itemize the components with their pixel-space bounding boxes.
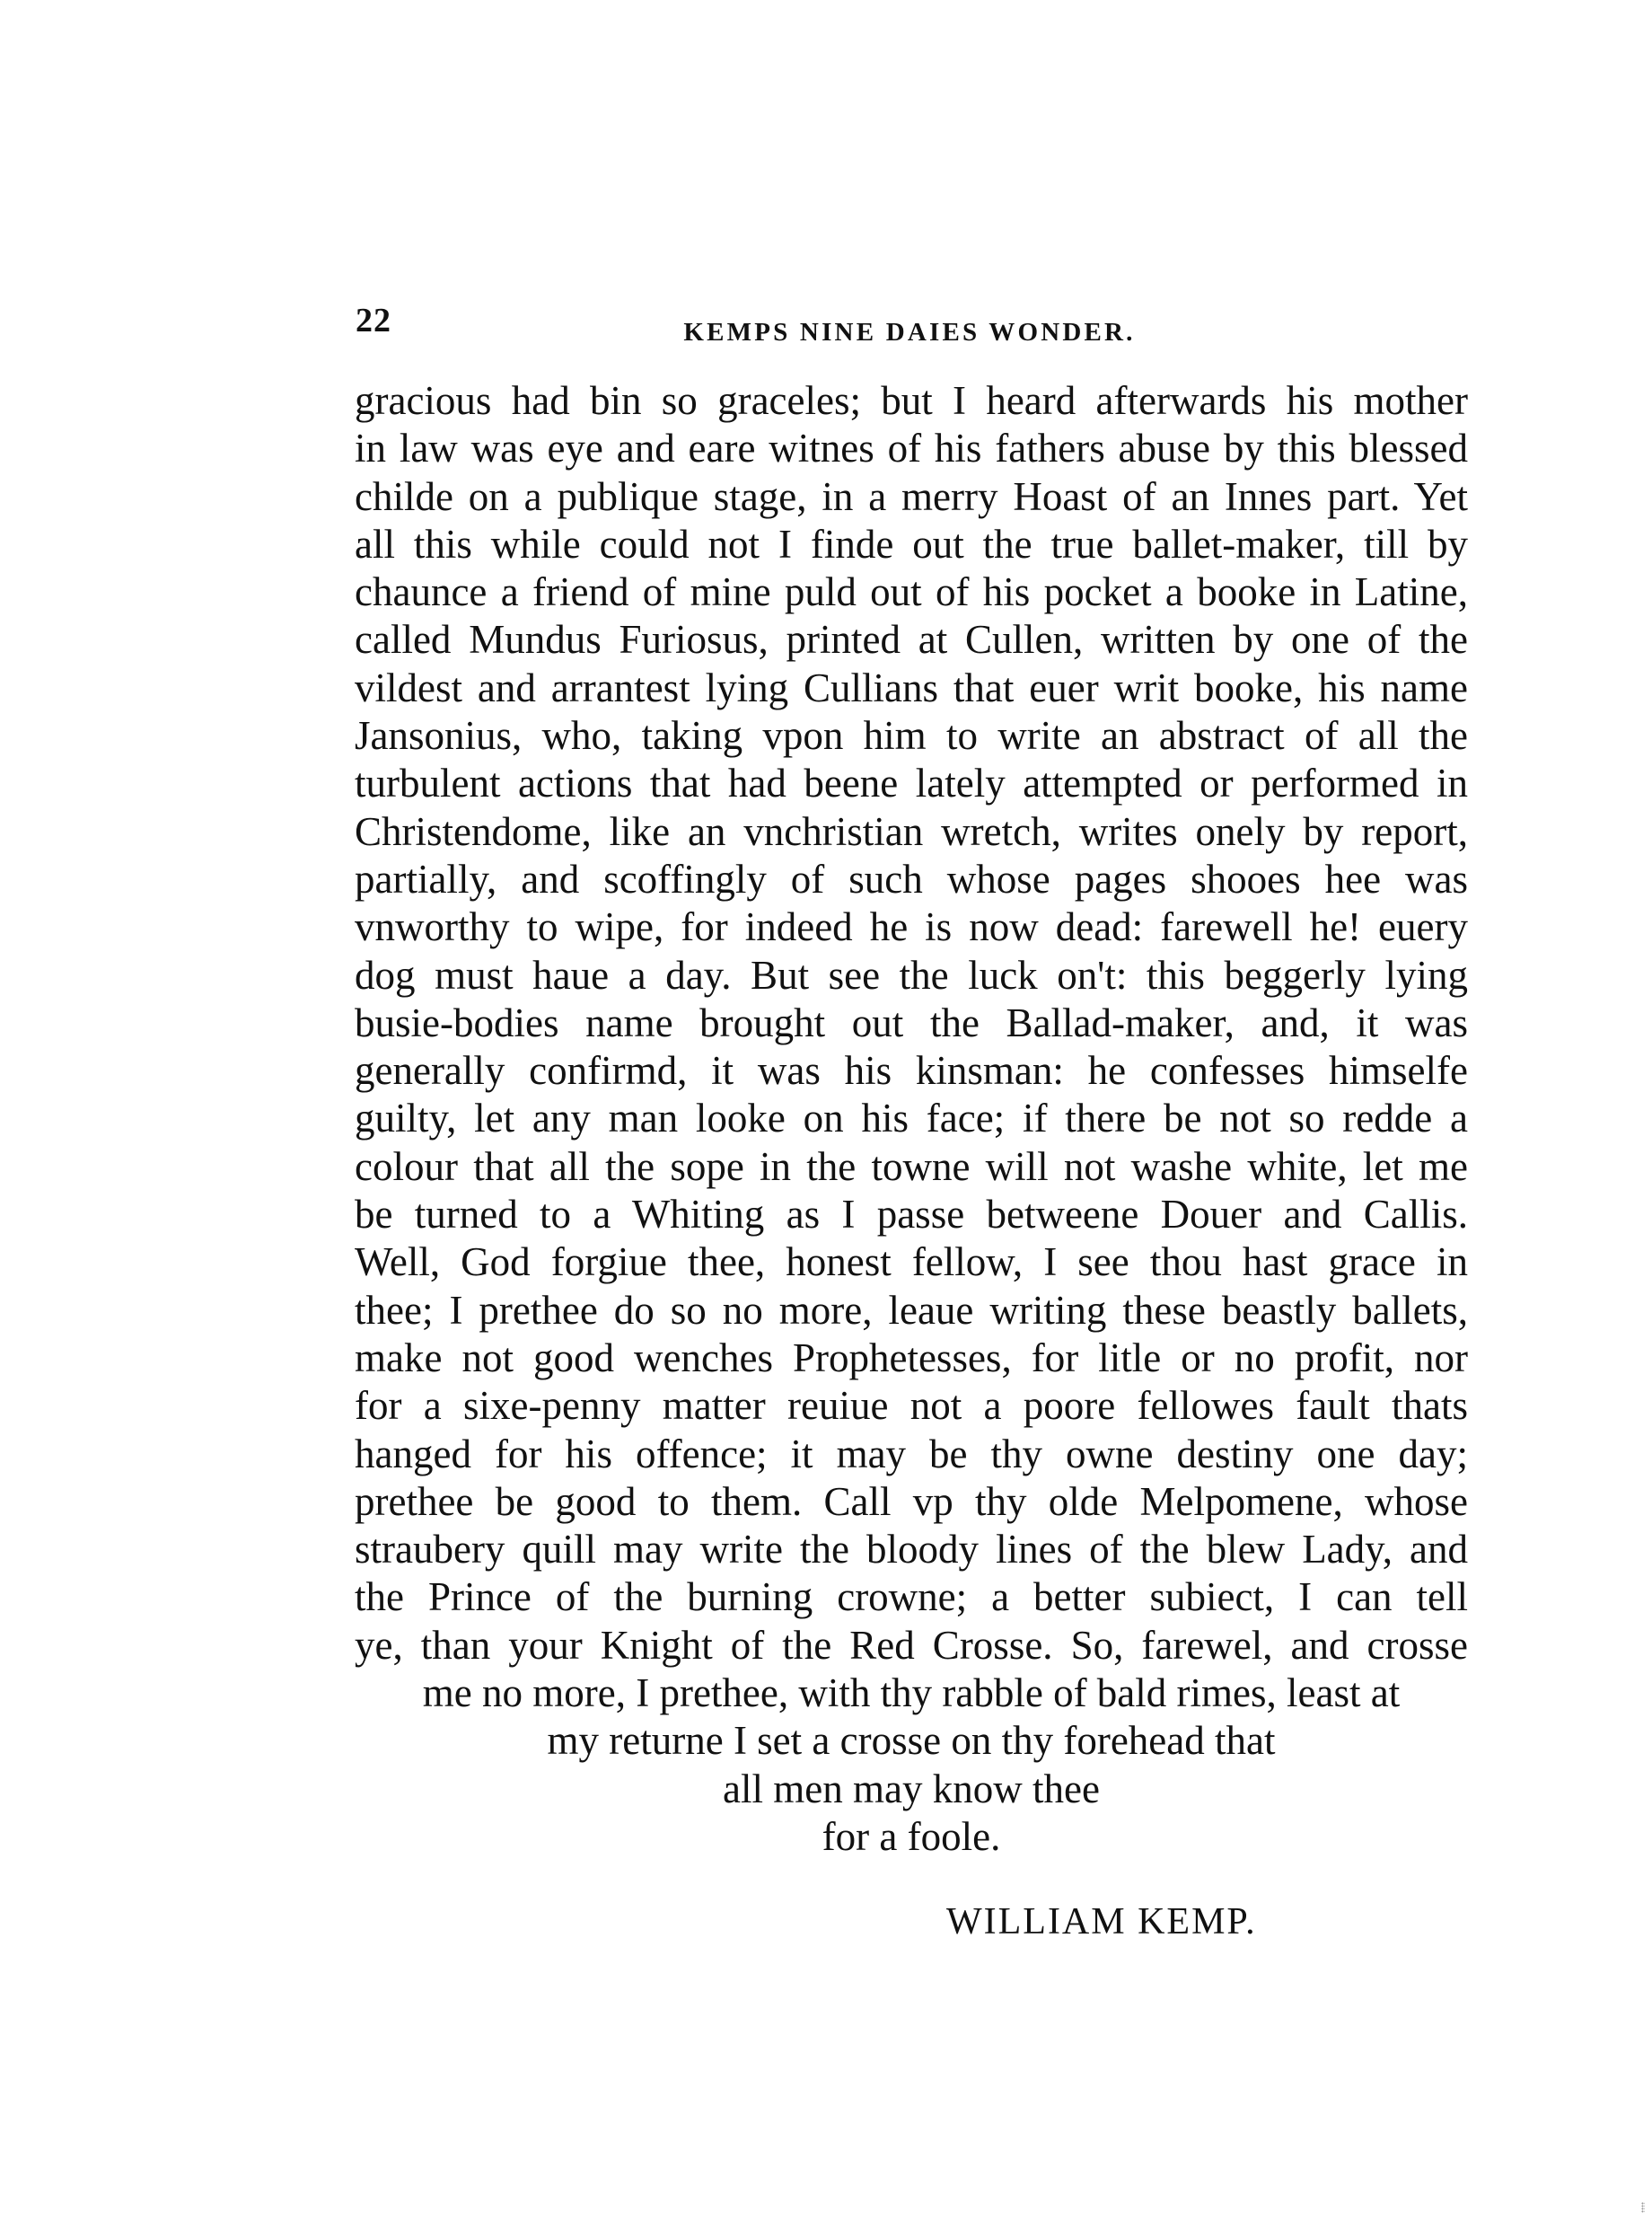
tapered-line: all men may know thee [355, 1766, 1468, 1813]
text-line: thee; I prethee do so no more, leaue wri… [355, 1287, 1468, 1335]
text-line: the Prince of the burning crowne; a bett… [355, 1573, 1468, 1621]
signature: WILLIAM KEMP. [946, 1899, 1305, 1944]
text-line: in law was eye and eare witnes of his fa… [355, 425, 1468, 472]
text-line: straubery quill may write the bloody lin… [355, 1526, 1468, 1573]
text-line: vnworthy to wipe, for indeed he is now d… [355, 903, 1468, 951]
text-line: ye, than your Knight of the Red Crosse. … [355, 1622, 1468, 1669]
body-text: gracious had bin so graceles; but I hear… [355, 377, 1468, 1861]
text-line: for a sixe-penny matter reuiue not a poo… [355, 1382, 1468, 1430]
text-line: generally confirmd, it was his kinsman: … [355, 1047, 1468, 1095]
text-line: gracious had bin so graceles; but I hear… [355, 377, 1468, 425]
text-line: called Mundus Furiosus, printed at Culle… [355, 616, 1468, 664]
book-page: 22 KEMPS NINE DAIES WONDER. gracious had… [0, 0, 1652, 2220]
running-head: 22 KEMPS NINE DAIES WONDER. [0, 0, 1652, 359]
running-title: KEMPS NINE DAIES WONDER. [658, 319, 1161, 346]
tapered-line: my returne I set a crosse on thy forehea… [355, 1717, 1468, 1765]
text-line: turbulent actions that had beene lately … [355, 760, 1468, 807]
tapered-line: me no more, I prethee, with thy rabble o… [355, 1669, 1468, 1717]
text-line: prethee be good to them. Call vp thy old… [355, 1478, 1468, 1526]
tapered-line: for a foole. [355, 1813, 1468, 1861]
text-line: Jansonius, who, taking vpon him to write… [355, 712, 1468, 760]
text-line: dog must haue a day. But see the luck on… [355, 952, 1468, 1000]
text-line: all this while could not I finde out the… [355, 521, 1468, 568]
scan-artifact [1641, 2202, 1645, 2213]
text-line: busie-bodies name brought out the Ballad… [355, 1000, 1468, 1047]
text-line: guilty, let any man looke on his face; i… [355, 1095, 1468, 1142]
text-line: chaunce a friend of mine puld out of his… [355, 568, 1468, 616]
text-line: Well, God forgiue thee, honest fellow, I… [355, 1238, 1468, 1286]
page-number: 22 [356, 304, 391, 338]
text-line: hanged for his offence; it may be thy ow… [355, 1431, 1468, 1478]
text-line: be turned to a Whiting as I passe betwee… [355, 1191, 1468, 1238]
text-line: vildest and arrantest lying Cullians tha… [355, 665, 1468, 712]
text-line: colour that all the sope in the towne wi… [355, 1143, 1468, 1191]
text-line: make not good wenches Prophetesses, for … [355, 1335, 1468, 1382]
text-line: partially, and scoffingly of such whose … [355, 856, 1468, 903]
text-line: childe on a publique stage, in a merry H… [355, 473, 1468, 521]
text-line: Christendome, like an vnchristian wretch… [355, 808, 1468, 856]
